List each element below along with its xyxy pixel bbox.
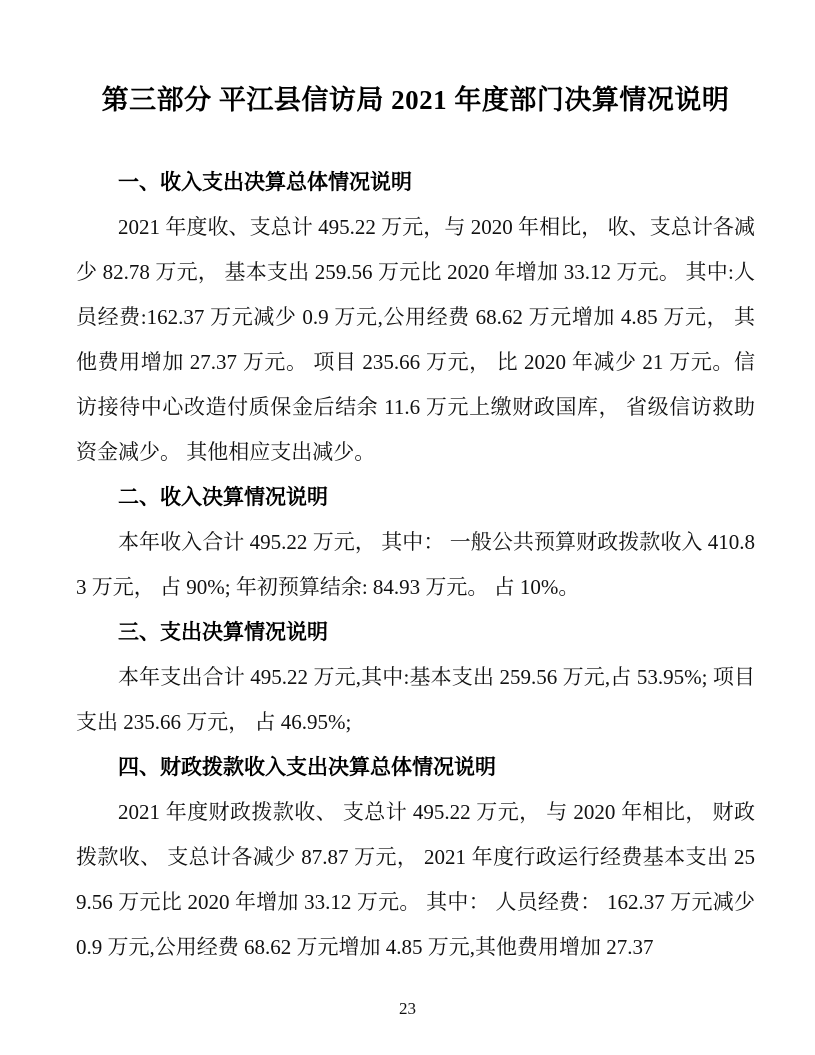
section-4-paragraph-1: 2021 年度财政拨款收、 支总计 495.22 万元， 与 2020 年相比，… — [76, 790, 755, 970]
section-heading-2: 二、收入决算情况说明 — [76, 475, 755, 520]
document-body: 一、收入支出决算总体情况说明2021 年度收、支总计 495.22 万元，与 2… — [76, 160, 755, 970]
section-1-paragraph-1: 2021 年度收、支总计 495.22 万元，与 2020 年相比， 收、支总计… — [76, 205, 755, 475]
section-heading-1: 一、收入支出决算总体情况说明 — [76, 160, 755, 205]
document-title: 第三部分 平江县信访局 2021 年度部门决算情况说明 — [76, 82, 755, 118]
document-page: 第三部分 平江县信访局 2021 年度部门决算情况说明 一、收入支出决算总体情况… — [0, 0, 815, 1055]
section-heading-4: 四、财政拨款收入支出决算总体情况说明 — [76, 745, 755, 790]
section-2-paragraph-1: 本年收入合计 495.22 万元， 其中： 一般公共预算财政拨款收入 410.8… — [76, 520, 755, 610]
section-heading-3: 三、支出决算情况说明 — [76, 610, 755, 655]
page-number: 23 — [0, 999, 815, 1019]
section-3-paragraph-1: 本年支出合计 495.22 万元,其中:基本支出 259.56 万元,占 53.… — [76, 655, 755, 745]
